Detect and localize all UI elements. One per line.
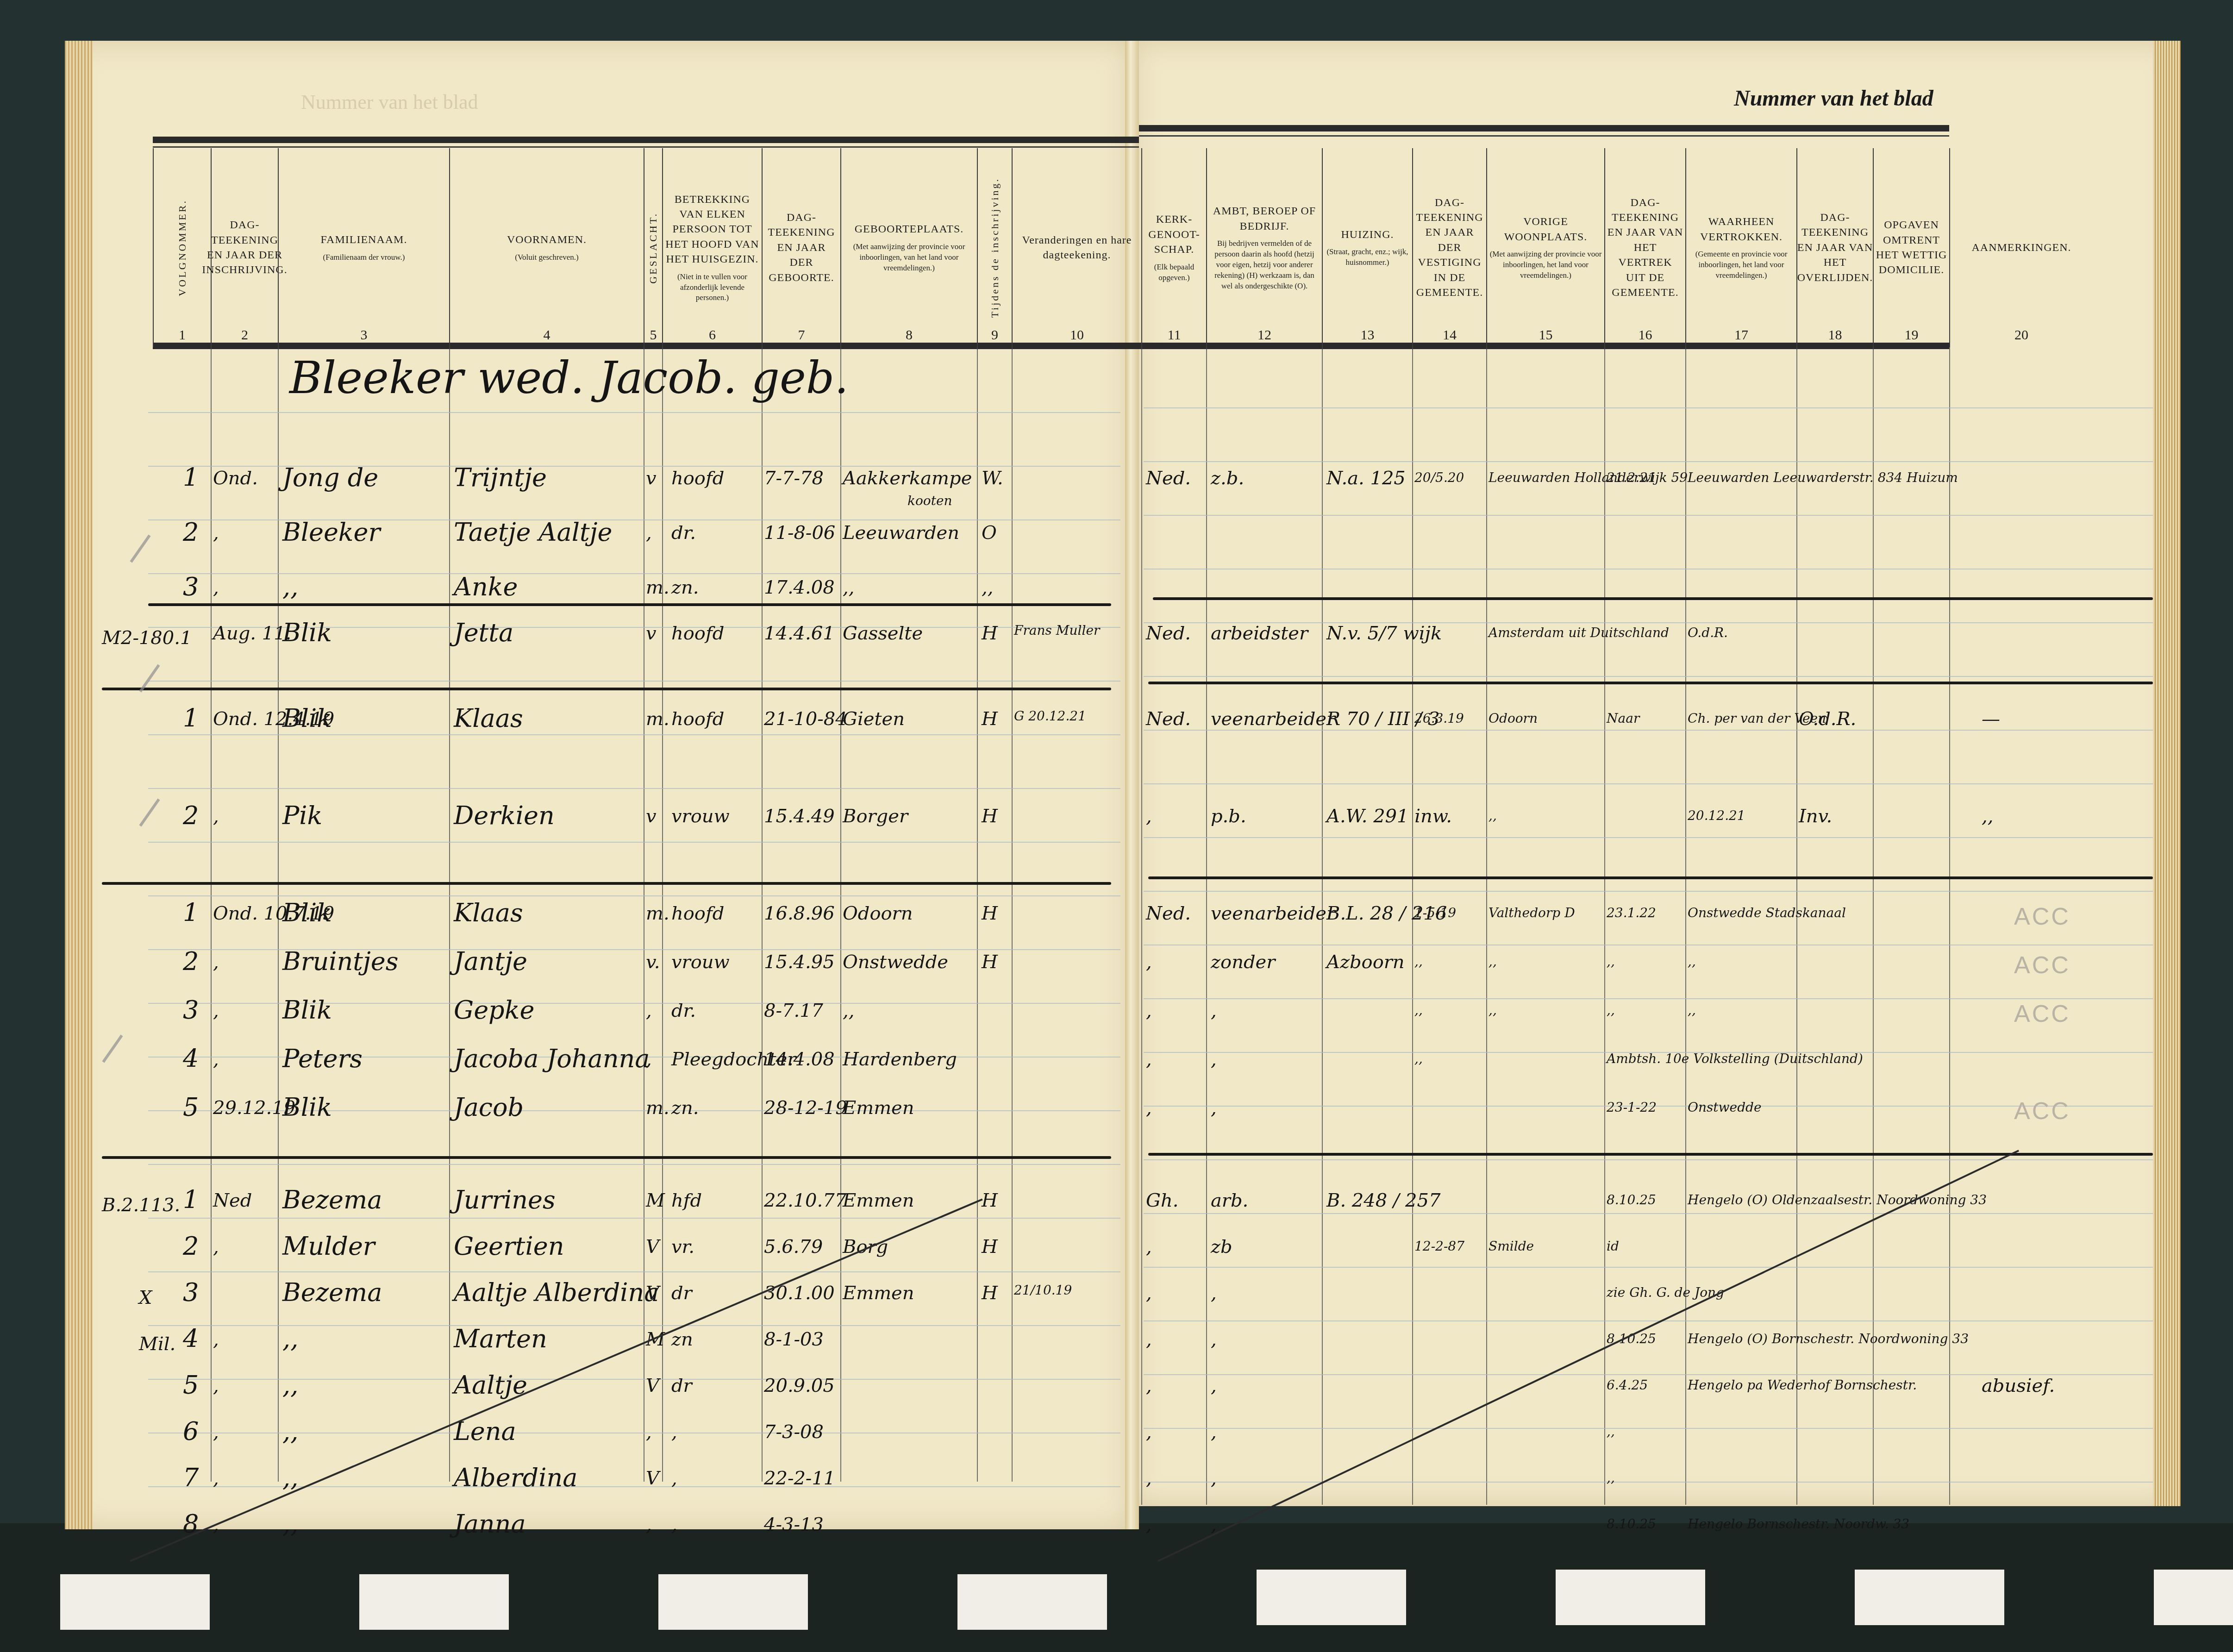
column-header-2: DAG- TEEKENING EN JAAR DER INSCHRIJVING.… bbox=[211, 148, 278, 347]
dwelling: B. 248 / 257 bbox=[1326, 1190, 1440, 1211]
occupation: , bbox=[1211, 1468, 1217, 1489]
dwelling: A.W. 291 inw. bbox=[1326, 806, 1452, 827]
column-header-14: DAG- TEEKENING EN JAAR DER VESTIGING IN … bbox=[1412, 148, 1486, 347]
sex: m. bbox=[646, 1097, 669, 1119]
birth-date: 14.4.08 bbox=[764, 1049, 835, 1070]
church: , bbox=[1146, 1097, 1152, 1119]
column-rule bbox=[1604, 347, 1605, 1505]
column-number: 13 bbox=[1323, 326, 1412, 345]
ruled-line-right bbox=[1144, 783, 2153, 784]
church: , bbox=[1146, 1329, 1152, 1350]
sex: , bbox=[646, 1421, 652, 1443]
occupation: , bbox=[1211, 1421, 1217, 1443]
column-number: 7 bbox=[763, 326, 840, 345]
previous-residence: Smilde bbox=[1489, 1239, 1534, 1254]
column-number: 1 bbox=[154, 326, 211, 345]
margin-reference: B.2.113. bbox=[102, 1195, 180, 1216]
departure-date: Naar bbox=[1607, 711, 1639, 726]
birth-date: 16.8.96 bbox=[764, 903, 835, 924]
calibration-square bbox=[1556, 1570, 1705, 1625]
destination: Hengelo pa Wederhof Bornschestr. bbox=[1688, 1377, 1917, 1393]
column-header-13: HUIZING.(Straat, gracht, enz.; wijk, hui… bbox=[1322, 148, 1412, 347]
column-title: DAG- TEEKENING EN JAAR VAN HET OVERLIJDE… bbox=[1797, 210, 1873, 285]
block-separator bbox=[102, 688, 1111, 690]
birth-place: Borger bbox=[843, 806, 908, 827]
given-names: Jacob bbox=[454, 1093, 524, 1122]
given-names: Aaltje bbox=[454, 1370, 527, 1400]
column-title: KERK- GENOOT- SCHAP. bbox=[1144, 212, 1204, 257]
occupation: arbeidster bbox=[1211, 623, 1308, 644]
row-number: 1 bbox=[183, 1185, 199, 1214]
church: , bbox=[1146, 1421, 1152, 1443]
sex: , bbox=[646, 1000, 652, 1021]
page-edges-left bbox=[65, 41, 93, 1529]
birth-place: Gieten bbox=[843, 708, 905, 730]
column-note: (Met aanwijzing der provincie voor inboo… bbox=[1489, 249, 1602, 281]
relation-to-head: vrouw bbox=[671, 806, 730, 827]
column-header-4: VOORNAMEN.(Voluit geschreven.)4 bbox=[449, 148, 644, 347]
birth-date: 7-7-78 bbox=[764, 468, 824, 489]
church: , bbox=[1146, 1375, 1152, 1396]
column-rule bbox=[1685, 347, 1686, 1505]
church: , bbox=[1146, 1283, 1152, 1304]
relation-to-head: hoofd bbox=[671, 623, 724, 644]
church: , bbox=[1146, 1236, 1152, 1258]
row-number: 5 bbox=[183, 1093, 199, 1122]
church: Ned. bbox=[1146, 708, 1191, 730]
row-number: 2 bbox=[183, 947, 199, 976]
church: , bbox=[1146, 951, 1152, 973]
row-number: 2 bbox=[183, 801, 199, 830]
relation-to-head: , bbox=[671, 1514, 677, 1535]
relation-to-head: dr bbox=[671, 1375, 692, 1396]
column-title: HUIZING. bbox=[1341, 227, 1394, 242]
column-header-6: BETREKKING VAN ELKEN PERSOON TOT HET HOO… bbox=[662, 148, 762, 347]
birth-date: 20.9.05 bbox=[764, 1375, 835, 1396]
birth-place: Emmen bbox=[843, 1097, 914, 1119]
surname: ,, bbox=[282, 1324, 298, 1353]
church: Ned. bbox=[1146, 468, 1191, 489]
sex: V bbox=[646, 1236, 659, 1258]
row-number: 2 bbox=[183, 518, 199, 547]
sex: m. bbox=[646, 708, 669, 730]
column-note: (Met aanwijzing der provincie voor inboo… bbox=[843, 242, 975, 274]
column-number: 4 bbox=[450, 326, 644, 345]
surname: Blik bbox=[282, 1093, 332, 1122]
birth-place: Leeuwarden bbox=[843, 522, 959, 544]
relation-to-head: zn. bbox=[671, 577, 699, 598]
surname: Bezema bbox=[282, 1278, 382, 1307]
civil-status-changes: G 20.12.21 bbox=[1014, 708, 1086, 724]
column-title: VORIGE WOONPLAATS. bbox=[1489, 214, 1602, 244]
ruled-line-left bbox=[148, 734, 1120, 735]
remarks: ,, bbox=[1982, 806, 1993, 827]
registration-date: , bbox=[213, 1375, 219, 1396]
sex: V bbox=[646, 1375, 659, 1396]
ruled-line-right bbox=[1144, 891, 2153, 892]
previous-residence: Amsterdam uit Duitschland bbox=[1489, 625, 1669, 640]
surname: Blik bbox=[282, 618, 332, 647]
column-number: 15 bbox=[1487, 326, 1604, 345]
ruled-line-left bbox=[148, 1218, 1120, 1219]
block-separator bbox=[102, 882, 1111, 885]
civil-status: O bbox=[982, 522, 997, 544]
relation-to-head: dr bbox=[671, 1283, 692, 1304]
relation-to-head: dr. bbox=[671, 1000, 696, 1021]
sex: V bbox=[646, 1468, 659, 1489]
church: , bbox=[1146, 806, 1152, 827]
birth-place: Emmen bbox=[843, 1190, 914, 1211]
column-rule bbox=[840, 347, 841, 1482]
civil-status-changes: Frans Muller bbox=[1014, 623, 1100, 638]
registration-date: , bbox=[213, 1236, 219, 1258]
church: , bbox=[1146, 1514, 1152, 1535]
occupation: , bbox=[1211, 1049, 1217, 1070]
sex: v. bbox=[646, 951, 660, 973]
sex: v bbox=[646, 468, 657, 489]
household-heading: Bleeker wed. Jacob. geb. bbox=[289, 352, 849, 404]
birth-date: 15.4.95 bbox=[764, 951, 835, 973]
ruled-line-left bbox=[148, 895, 1120, 896]
acc-stamp: ACC bbox=[2014, 903, 2070, 931]
column-rule bbox=[1012, 347, 1013, 1482]
calibration-square bbox=[60, 1574, 210, 1630]
column-number: 12 bbox=[1207, 326, 1322, 345]
calibration-square bbox=[957, 1574, 1107, 1630]
column-header-9: Tijdens de inschrijving.9 bbox=[977, 148, 1012, 347]
departure-date: 23.1.22 bbox=[1607, 905, 1656, 920]
previous-residence: ,, bbox=[1489, 954, 1497, 969]
departure-date: 6.4.25 bbox=[1607, 1377, 1648, 1393]
destination: ,, bbox=[1688, 1002, 1696, 1018]
surname: ,, bbox=[282, 1463, 298, 1492]
ghost-page-title: Nummer van het blad bbox=[301, 90, 478, 114]
ruled-line-right bbox=[1144, 1482, 2153, 1483]
relation-to-head: hfd bbox=[671, 1190, 702, 1211]
destination: 20.12.21 bbox=[1688, 808, 1745, 823]
destination: Leeuwarden Leeuwarderstr. 834 Huizum bbox=[1688, 470, 1958, 485]
column-rule bbox=[644, 347, 644, 1482]
row-number: 3 bbox=[183, 572, 199, 601]
page-edges-right bbox=[2153, 41, 2181, 1506]
row-margin-mark: X bbox=[139, 1287, 152, 1308]
column-title: DAG- TEEKENING EN JAAR DER GEBOORTE. bbox=[764, 210, 838, 285]
previous-residence: ,, bbox=[1489, 808, 1497, 823]
ruled-line-right bbox=[1144, 515, 2153, 516]
departure-date: 21.2.21 bbox=[1607, 470, 1656, 485]
calibration-square bbox=[1257, 1570, 1406, 1625]
civil-status: W. bbox=[982, 468, 1003, 489]
departure-date: 23-1-22 bbox=[1607, 1100, 1657, 1115]
column-number: 3 bbox=[279, 326, 449, 345]
column-rule bbox=[211, 347, 212, 1482]
destination: O.d.R. bbox=[1688, 625, 1728, 640]
column-number: 10 bbox=[1013, 326, 1141, 345]
civil-status: H bbox=[982, 1283, 998, 1304]
birth-place: Gasselte bbox=[843, 623, 923, 644]
row-number: 4 bbox=[183, 1324, 199, 1353]
column-header-12: AMBT, BEROEP OF BEDRIJF.Bij bedrijven ve… bbox=[1206, 148, 1322, 347]
row-margin-mark: Mil. bbox=[139, 1333, 175, 1355]
column-note: Bij bedrijven vermelden of de persoon da… bbox=[1209, 238, 1320, 292]
column-number: 8 bbox=[841, 326, 977, 345]
relation-to-head: dr. bbox=[671, 522, 696, 544]
column-note: (Voluit geschreven.) bbox=[515, 252, 579, 263]
row-number: 7 bbox=[183, 1463, 199, 1492]
column-rule bbox=[1322, 347, 1323, 1505]
birth-date: 22.10.77 bbox=[764, 1190, 846, 1211]
birth-date: 8-7.17 bbox=[764, 1000, 823, 1021]
relation-to-head: vr. bbox=[671, 1236, 694, 1258]
ruled-line-left bbox=[148, 788, 1120, 789]
civil-status: H bbox=[982, 903, 998, 924]
surname: ,, bbox=[282, 1370, 298, 1400]
row-number: 2 bbox=[183, 1232, 199, 1261]
registration-date: Aug. 11. bbox=[213, 623, 291, 644]
church: , bbox=[1146, 1468, 1152, 1489]
given-names: Gepke bbox=[454, 995, 534, 1025]
calibration-square bbox=[2154, 1570, 2233, 1625]
block-separator bbox=[102, 1156, 1111, 1159]
surname: Blik bbox=[282, 898, 332, 927]
occupation: zb bbox=[1211, 1236, 1232, 1258]
header-top-rule-right bbox=[1139, 125, 1949, 131]
surname: Mulder bbox=[282, 1232, 375, 1261]
church: Ned. bbox=[1146, 903, 1191, 924]
birth-place: Onstwedde bbox=[843, 951, 948, 973]
birth-date: 14.4.61 bbox=[764, 623, 835, 644]
column-title: DAG- TEEKENING EN JAAR DER VESTIGING IN … bbox=[1415, 195, 1484, 300]
departure-date: 8.10.25 bbox=[1607, 1192, 1656, 1208]
row-number: 5 bbox=[183, 1370, 199, 1400]
column-header-16: DAG- TEEKENING EN JAAR VAN HET VERTREK U… bbox=[1604, 148, 1685, 347]
column-number: 14 bbox=[1413, 326, 1486, 345]
calibration-square bbox=[658, 1574, 808, 1630]
occupation: z.b. bbox=[1211, 468, 1244, 489]
surname: ,, bbox=[282, 572, 298, 601]
column-title: FAMILIENAAM. bbox=[321, 232, 407, 247]
column-header-3: FAMILIENAAM.(Familienaam der vrouw.)3 bbox=[278, 148, 449, 347]
civil-status: H bbox=[982, 806, 998, 827]
occupation: , bbox=[1211, 1283, 1217, 1304]
column-note: (Niet in te vullen voor afzonderlijk lev… bbox=[665, 272, 760, 304]
row-number: 3 bbox=[183, 1278, 199, 1307]
destination: Onstwedde Stadskanaal bbox=[1688, 905, 1846, 920]
registration-date: Ond. bbox=[213, 468, 258, 489]
ruled-line-right bbox=[1144, 945, 2153, 945]
surname: ,, bbox=[282, 1509, 298, 1539]
block-separator bbox=[1148, 876, 2153, 879]
remarks: — bbox=[1982, 708, 2000, 730]
column-note: (Familienaam der vrouw.) bbox=[323, 252, 405, 263]
relation-to-head: hoofd bbox=[671, 468, 724, 489]
column-header-8: GEBOORTEPLAATS.(Met aanwijzing der provi… bbox=[840, 148, 977, 347]
column-number: 19 bbox=[1874, 326, 1949, 345]
sex: v bbox=[646, 806, 657, 827]
departure-date: 8.10.25 bbox=[1607, 1516, 1656, 1532]
dwelling: N.v. 5/7 wijk bbox=[1326, 623, 1442, 644]
ruled-line-right bbox=[1144, 1267, 2153, 1268]
civil-status: H bbox=[982, 623, 998, 644]
settlement-date: 1-5-19 bbox=[1414, 905, 1456, 920]
civil-status: H bbox=[982, 708, 998, 730]
departure-date: ,, bbox=[1607, 1002, 1615, 1018]
surname: Jong de bbox=[282, 463, 378, 492]
surname: Blik bbox=[282, 704, 332, 733]
dwelling: N.a. 125 bbox=[1326, 468, 1406, 489]
civil-status: ,, bbox=[982, 577, 993, 598]
birth-date: 15.4.49 bbox=[764, 806, 835, 827]
destination: Onstwedde bbox=[1688, 1100, 1762, 1115]
column-number: 9 bbox=[978, 326, 1012, 345]
birth-date: 28-12-19 bbox=[764, 1097, 847, 1119]
ruled-line-left bbox=[148, 681, 1120, 682]
church: , bbox=[1146, 1000, 1152, 1021]
sex: m. bbox=[646, 577, 669, 598]
row-number: 4 bbox=[183, 1044, 199, 1073]
column-header-11: KERK- GENOOT- SCHAP.(Elk bepaald opgeven… bbox=[1141, 148, 1206, 347]
sex: M bbox=[646, 1190, 665, 1211]
occupation: , bbox=[1211, 1097, 1217, 1119]
given-names: Klaas bbox=[454, 704, 523, 733]
ruled-line-right bbox=[1144, 837, 2153, 838]
header-top-thin-right bbox=[1139, 135, 1949, 137]
relation-to-head: , bbox=[671, 1421, 677, 1443]
settlement-date: 26.3.19 bbox=[1414, 711, 1464, 726]
church: , bbox=[1146, 1049, 1152, 1070]
ruled-line-left bbox=[148, 412, 1120, 413]
ruled-line-right bbox=[1144, 1213, 2153, 1214]
given-names: Jantje bbox=[454, 947, 527, 976]
surname: Bezema bbox=[282, 1185, 382, 1214]
ruled-line-right bbox=[1144, 1428, 2153, 1429]
destination: Hengelo (O) Bornschestr. Noordwoning 33 bbox=[1688, 1331, 1969, 1346]
column-title: Veranderingen en hare dagteekening. bbox=[1014, 233, 1139, 263]
column-number: 20 bbox=[1950, 326, 2093, 345]
departure-date: ,, bbox=[1607, 954, 1615, 969]
column-header-19: OPGAVEN OMTRENT HET WETTIG DOMICILIE.19 bbox=[1873, 148, 1949, 347]
relation-to-head: zn bbox=[671, 1329, 693, 1350]
birth-date: 30.1.00 bbox=[764, 1283, 835, 1304]
surname: Bleeker bbox=[282, 518, 380, 547]
birth-place: Aakkerkampe bbox=[843, 468, 972, 489]
sex: V bbox=[646, 1283, 659, 1304]
occupation: veenarbeider bbox=[1211, 903, 1335, 924]
column-number: 16 bbox=[1605, 326, 1685, 345]
registration-date: , bbox=[213, 522, 219, 544]
birth-place-note: kooten bbox=[907, 493, 952, 508]
sex: , bbox=[646, 1049, 652, 1070]
column-title: Tijdens de inschrijving. bbox=[988, 177, 1002, 318]
ruled-line-right bbox=[1144, 407, 2153, 408]
column-header-5: GESLACHT.5 bbox=[644, 148, 662, 347]
birth-date: 17.4.08 bbox=[764, 577, 835, 598]
sex: v bbox=[646, 623, 657, 644]
registration-date: , bbox=[213, 1049, 219, 1070]
occupation: , bbox=[1211, 1329, 1217, 1350]
surname: Bruintjes bbox=[282, 947, 398, 976]
page-number-title: Nummer van het blad bbox=[1734, 86, 1933, 111]
civil-status: H bbox=[982, 951, 998, 973]
previous-residence: Odoorn bbox=[1489, 711, 1538, 726]
column-number: 5 bbox=[644, 326, 662, 345]
occupation: p.b. bbox=[1211, 806, 1246, 827]
column-rule bbox=[1141, 347, 1142, 1505]
acc-stamp: ACC bbox=[2014, 1097, 2070, 1125]
row-number: 1 bbox=[183, 463, 199, 492]
ruled-line-right bbox=[1144, 1320, 2153, 1321]
departure-date: Ambtsh. 10e Volkstelling (Duitschland) bbox=[1607, 1051, 1863, 1066]
acc-stamp: ACC bbox=[2014, 1000, 2070, 1028]
column-rule bbox=[1486, 347, 1487, 1505]
civil-status-changes: 21/10.19 bbox=[1014, 1283, 1072, 1298]
ruled-line-right bbox=[1144, 569, 2153, 569]
birth-place: ,, bbox=[843, 1000, 854, 1021]
row-number: 6 bbox=[183, 1417, 199, 1446]
surname: Pik bbox=[282, 801, 322, 830]
row-number: 3 bbox=[183, 995, 199, 1025]
given-names: Taetje Aaltje bbox=[454, 518, 612, 547]
civil-status: H bbox=[982, 1190, 998, 1211]
birth-date: 5.6.79 bbox=[764, 1236, 823, 1258]
column-title: AMBT, BEROEP OF BEDRIJF. bbox=[1209, 204, 1320, 234]
column-title: VOLGNOMMER. bbox=[175, 199, 189, 296]
registration-date: , bbox=[213, 577, 219, 598]
birth-place: Hardenberg bbox=[843, 1049, 957, 1070]
settlement-date: 12-2-87 bbox=[1414, 1239, 1464, 1254]
given-names: Marten bbox=[454, 1324, 547, 1353]
destination: ,, bbox=[1688, 954, 1696, 969]
column-title: BETREKKING VAN ELKEN PERSOON TOT HET HOO… bbox=[665, 192, 760, 267]
column-title: WAARHEEN VERTROKKEN. bbox=[1688, 214, 1795, 244]
given-names: Janna bbox=[454, 1509, 526, 1539]
settlement-date: ,, bbox=[1414, 954, 1423, 969]
birth-date: 22-2-11 bbox=[764, 1468, 835, 1489]
given-names: Jetta bbox=[454, 618, 513, 647]
column-header-17: WAARHEEN VERTROKKEN.(Gemeente en provinc… bbox=[1685, 148, 1796, 347]
occupation: , bbox=[1211, 1000, 1217, 1021]
settlement-date: ,, bbox=[1414, 1051, 1423, 1066]
birth-place: Odoorn bbox=[843, 903, 913, 924]
ruled-line-left bbox=[148, 1271, 1120, 1272]
destination: Hengelo (O) Oldenzaalsestr. Noordwoning … bbox=[1688, 1192, 1987, 1208]
calibration-square bbox=[359, 1574, 509, 1630]
row-number: 1 bbox=[183, 898, 199, 927]
registration-date: , bbox=[213, 1421, 219, 1443]
given-names: Geertien bbox=[454, 1232, 564, 1261]
column-number: 11 bbox=[1142, 326, 1206, 345]
surname: Peters bbox=[282, 1044, 363, 1073]
column-title: OPGAVEN OMTRENT HET WETTIG DOMICILIE. bbox=[1876, 218, 1947, 278]
column-note: (Straat, gracht, enz.; wijk, huisnommer.… bbox=[1325, 247, 1410, 268]
previous-residence: Leeuwarden Hollanderwijk 59 bbox=[1489, 470, 1688, 485]
column-title: GESLACHT. bbox=[646, 212, 660, 284]
given-names: Anke bbox=[454, 572, 518, 601]
departure-date: id bbox=[1607, 1239, 1619, 1254]
column-number: 2 bbox=[212, 326, 278, 345]
ruled-line-left bbox=[148, 842, 1120, 843]
column-header-10: Veranderingen en hare dagteekening.10 bbox=[1012, 148, 1141, 347]
destination: Hengelo Bornschestr. Noordw. 33 bbox=[1688, 1516, 1909, 1532]
margin-reference: M2-180.1 bbox=[102, 627, 192, 649]
column-number: 6 bbox=[663, 326, 762, 345]
registration-date: , bbox=[213, 1329, 219, 1350]
registration-date: , bbox=[213, 951, 219, 973]
departure-date: ,, bbox=[1607, 1424, 1615, 1439]
previous-residence: ,, bbox=[1489, 1002, 1497, 1018]
ruled-line-right bbox=[1144, 730, 2153, 731]
relation-to-head: hoofd bbox=[671, 903, 724, 924]
